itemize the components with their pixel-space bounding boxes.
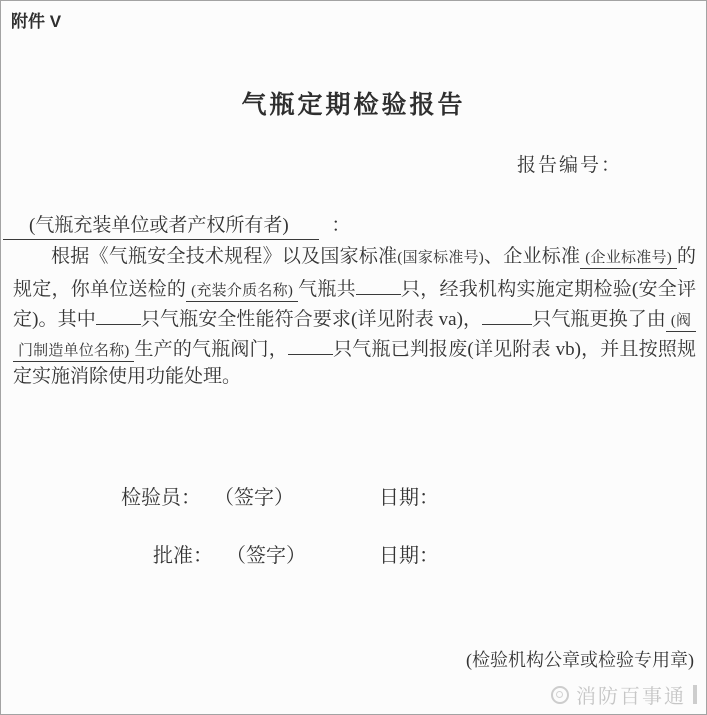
watermark: 消防百事通 [551,680,697,709]
paragraph-segment: 、企业标准 [484,246,580,267]
approver-sign-placeholder: （签字） [226,545,306,567]
watermark-logo-icon [551,686,569,704]
inspector-label: 检验员： [121,487,201,509]
blank-underline [96,302,141,325]
seal-note: (检验机构公章或检验专用章) [466,646,694,672]
paragraph-line: 定实施消除使用功能处理。 [13,362,696,392]
paragraph-segment: 定实施消除使用功能处理。 [13,366,241,387]
paragraph-line: 根据《气瓶安全技术规程》以及国家标准(国家标准号)、企业标准(企业标准号)的 [13,242,696,272]
paragraph-segment: (阀 [666,313,696,332]
addressee-underlined-blank: (气瓶充装单位或者产权所有者) [3,215,319,240]
report-paragraph: 根据《气瓶安全技术规程》以及国家标准(国家标准号)、企业标准(企业标准号)的规定… [13,242,696,392]
inspector-date-label: 日期： [379,481,439,510]
paragraph-line: 定)。其中只气瓶安全性能符合要求(详见附表 va)，只气瓶更换了由(阀 [13,302,696,332]
blank-underline [482,302,532,325]
watermark-text: 消防百事通 [576,680,686,709]
paragraph-segment: (充装介质名称) [186,283,298,302]
attachment-label: 附件 V [11,7,61,32]
paragraph-segment: 只气瓶安全性能符合要求(详见附表 va)， [141,309,482,330]
inspector-sign-placeholder: （签字） [214,487,294,509]
paragraph-segment: 根据《气瓶安全技术规程》以及国家标准 [51,246,397,267]
paragraph-segment: 定)。其中 [13,309,96,330]
paragraph-segment: 规定，你单位送检的 [13,279,186,300]
approver-label: 批准： [153,545,213,567]
paragraph-segment: 只气瓶已判报废(详见附表 vb)，并且按照规 [333,339,696,360]
approver-label-group: 批准： （签字） [153,539,306,568]
paragraph-segment: 的 [677,246,696,267]
blank-underline [288,332,333,355]
paragraph-segment: (国家标准号) [397,250,483,266]
watermark-bar-icon [693,685,697,704]
blank-underline [356,272,401,295]
paragraph-segment: 只气瓶更换了由 [532,309,666,330]
paragraph-segment: 门制造单位名称) [13,343,134,362]
approver-date-label: 日期： [379,539,439,568]
paragraph-segment: 气瓶共 [298,279,356,300]
inspector-label-group: 检验员： （签字） [121,481,294,510]
paragraph-segment: 生产的气瓶阀门， [134,339,288,360]
paragraph-segment: 只，经我机构实施定期检验(安全评 [401,279,696,300]
report-number-label: 报告编号： [517,150,622,177]
paragraph-line: 规定，你单位送检的(充装介质名称)气瓶共只，经我机构实施定期检验(安全评 [13,272,696,302]
page-title: 气瓶定期检验报告 [1,85,706,121]
inspector-signature-row: 检验员： （签字） 日期： [1,481,706,507]
addressee-line: (气瓶充装单位或者产权所有者) ： [3,210,350,237]
report-page: 附件 V 气瓶定期检验报告 报告编号： (气瓶充装单位或者产权所有者) ： 根据… [0,0,707,715]
paragraph-segment: (企业标准号) [580,250,676,269]
approver-signature-row: 批准： （签字） 日期： [1,539,706,565]
paragraph-line: 门制造单位名称)生产的气瓶阀门，只气瓶已判报废(详见附表 vb)，并且按照规 [13,332,696,362]
addressee-colon: ： [331,215,350,236]
